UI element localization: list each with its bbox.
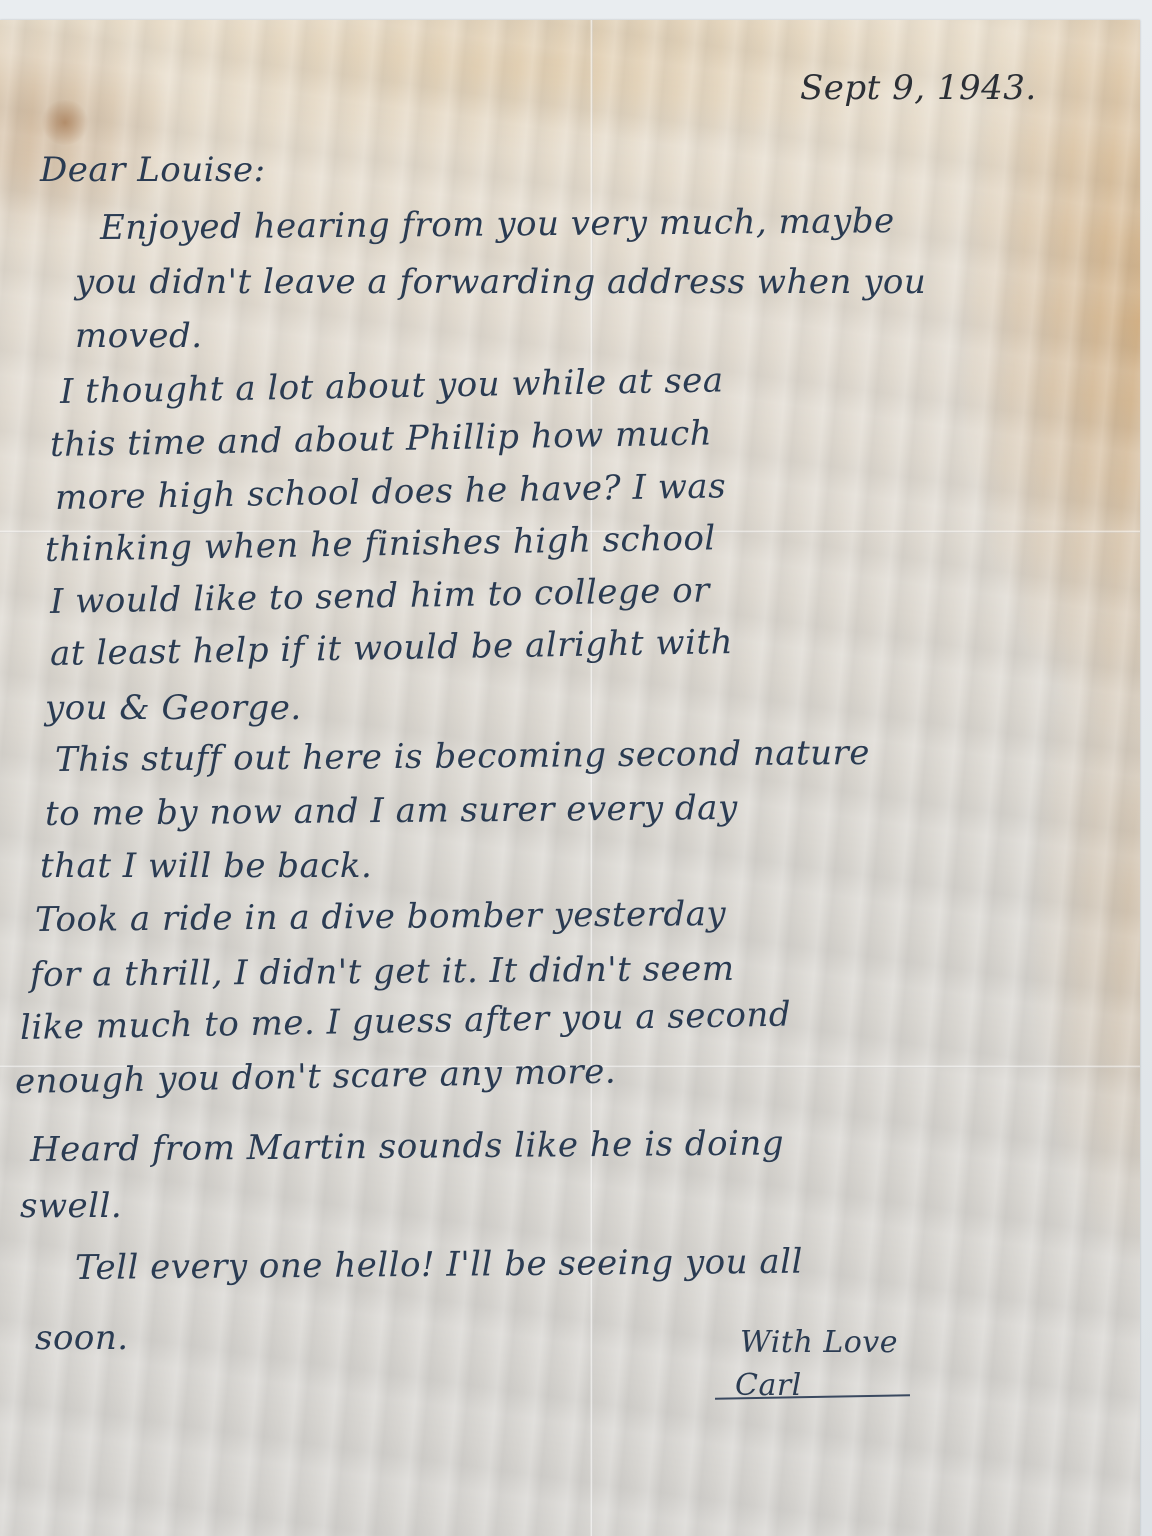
fold-crease-vertical: [590, 20, 593, 1536]
letter-line: to me by now and I am surer every day: [45, 788, 738, 834]
letter-line: for a thrill, I didn't get it. It didn't…: [30, 949, 735, 995]
letter-line: Heard from Martin sounds like he is doin…: [30, 1123, 784, 1170]
letter-line: This stuff out here is becoming second n…: [55, 733, 870, 780]
letter-salutation: Dear Louise:: [40, 150, 266, 190]
letter-line: swell.: [20, 1186, 122, 1226]
letter-line: soon.: [35, 1318, 129, 1358]
letter-date: Sept 9, 1943.: [800, 68, 1037, 108]
letter-closing: With Love: [740, 1325, 898, 1360]
letter-line: Enjoyed hearing from you very much, mayb…: [100, 201, 895, 248]
letter-line: Tell every one hello! I'll be seeing you…: [75, 1242, 803, 1288]
letter-line: that I will be back.: [40, 846, 372, 886]
letter-line: moved.: [75, 316, 203, 356]
letter-line: you didn't leave a forwarding address wh…: [75, 262, 926, 302]
letter-line: you & George.: [45, 688, 302, 728]
letter-line: Took a ride in a dive bomber yesterday: [35, 894, 727, 940]
water-stain: [40, 100, 90, 145]
